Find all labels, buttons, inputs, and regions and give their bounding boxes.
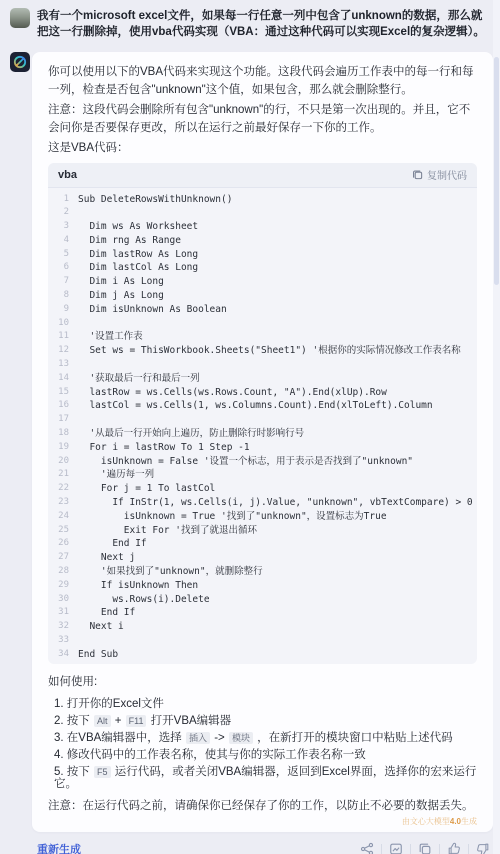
line-number: 13 [53,358,69,372]
attribution-version: 4.0 [450,817,461,826]
assistant-note: 注意：在运行代码之前，请确保你已经保存了你的工作，以防止不必要的数据丢失。 [48,798,477,816]
line-number: 2 [53,206,69,220]
line-number: 7 [53,275,69,289]
inline-code-badge: 插入 [186,732,210,744]
line-code: Dim rng As Range [78,234,181,248]
code-line: 31 End If [48,606,477,620]
line-number: 4 [53,234,69,248]
list-item-text: + [112,715,125,727]
list-item-text: -> [211,732,228,744]
line-code: Dim lastRow As Long [78,248,198,262]
code-line: 16 lastCol = ws.Cells(1, ws.Columns.Coun… [48,399,477,413]
copy-code-label: 复制代码 [427,167,467,182]
code-content: 1Sub DeleteRowsWithUnknown()23 Dim ws As… [48,188,477,664]
copy-response-icon[interactable] [418,842,432,854]
list-item-text: 2. 按下 [54,715,93,727]
attribution-prefix: 由文心大模型 [402,817,450,826]
assistant-card: 你可以使用以下的VBA代码来实现这个功能。这段代码会遍历工作表中的每一行和每一列… [32,52,493,832]
line-code: Sub DeleteRowsWithUnknown() [78,193,232,207]
code-line: 14 '获取最后一行和最后一列 [48,372,477,386]
line-code: End If [78,606,135,620]
code-line: 1Sub DeleteRowsWithUnknown() [48,193,477,207]
code-line: 32 Next i [48,620,477,634]
code-line: 6 Dim lastCol As Long [48,261,477,275]
attribution-suffix: 生成 [461,817,477,826]
code-line: 25 Exit For '找到了就退出循环 [48,524,477,538]
line-code: '如果找到了"unknown"，就删除整行 [78,565,263,579]
code-line: 28 '如果找到了"unknown"，就删除整行 [48,565,477,579]
list-item-text: 1. 打开你的Excel文件 [54,698,164,710]
line-number: 21 [53,468,69,482]
usage-list-item: 2. 按下 Alt + F11 打开VBA编辑器 [54,715,477,727]
line-number: 10 [53,317,69,331]
line-number: 22 [53,482,69,496]
inline-code-badge: 模块 [229,732,253,744]
code-line: 34End Sub [48,648,477,662]
line-number: 12 [53,344,69,358]
list-item-text: 5. 按下 [54,766,93,778]
line-code: '遍历每一列 [78,468,154,482]
code-line: 10 [48,317,477,331]
code-line: 4 Dim rng As Range [48,234,477,248]
line-code: '获取最后一行和最后一列 [78,372,200,386]
code-line: 9 Dim isUnknown As Boolean [48,303,477,317]
line-number: 31 [53,606,69,620]
list-item-text: 打开VBA编辑器 [147,715,231,727]
line-code: Dim ws As Worksheet [78,220,198,234]
code-line: 33 [48,634,477,648]
line-number: 23 [53,496,69,510]
line-number: 8 [53,289,69,303]
list-item-text: 4. 修改代码中的工作表名称，使其与你的实际工作表名称一致 [54,749,366,761]
line-code: Dim j As Long [78,289,164,303]
code-line: 24 isUnknown = True '找到了"unknown"，设置标志为T… [48,510,477,524]
line-code: lastCol = ws.Cells(1, ws.Columns.Count).… [78,399,433,413]
line-number: 33 [53,634,69,648]
line-code: Exit For '找到了就退出循环 [78,524,257,538]
code-line: 13 [48,358,477,372]
line-code: lastRow = ws.Cells(ws.Rows.Count, "A").E… [78,386,387,400]
line-number: 29 [53,579,69,593]
code-line: 15 lastRow = ws.Cells(ws.Rows.Count, "A"… [48,386,477,400]
line-number: 28 [53,565,69,579]
line-code: If isUnknown Then [78,579,198,593]
code-line: 29 If isUnknown Then [48,579,477,593]
line-code: ws.Rows(i).Delete [78,593,210,607]
line-number: 20 [53,455,69,469]
chat-page: 我有一个microsoft excel文件，如果每一行任意一列中包含了unkno… [0,0,500,854]
line-number: 17 [53,413,69,427]
line-number: 34 [53,648,69,662]
export-image-icon[interactable] [389,842,403,854]
scrollbar-track[interactable] [493,0,500,854]
line-code: isUnknown = True '找到了"unknown"，设置标志为True [78,510,387,524]
scrollbar-thumb[interactable] [494,57,499,285]
usage-list-item: 4. 修改代码中的工作表名称，使其与你的实际工作表名称一致 [54,749,477,761]
line-number: 3 [53,220,69,234]
icon-separator [410,844,411,854]
line-code: '从最后一行开始向上遍历，防止删除行时影响行号 [78,427,304,441]
inline-code-badge: Alt [94,715,111,727]
icon-separator [468,844,469,854]
usage-title: 如何使用: [48,674,477,691]
code-line: 21 '遍历每一列 [48,468,477,482]
line-code: isUnknown = False '设置一个标志，用于表示是否找到了"unkn… [78,455,413,469]
line-code: Next j [78,551,135,565]
regenerate-button[interactable]: 重新生成 [37,841,81,854]
assistant-paragraph-3: 这是VBA代码： [48,140,477,158]
list-item-text: ，在新打开的模块窗口中粘贴上述代码 [254,732,453,744]
share-icon[interactable] [360,842,374,854]
assistant-avatar [10,52,30,72]
code-line: 7 Dim i As Long [48,275,477,289]
code-block: vba 复制代码 1Sub DeleteRowsWithUnknown()23 … [48,163,477,664]
thumbs-up-icon[interactable] [447,842,461,854]
code-line: 22 For j = 1 To lastCol [48,482,477,496]
code-line: 8 Dim j As Long [48,289,477,303]
ernie-logo-icon [12,54,28,70]
code-block-header: vba 复制代码 [48,163,477,188]
line-number: 27 [53,551,69,565]
usage-list-item: 3. 在VBA编辑器中，选择 插入 -> 模块 ，在新打开的模块窗口中粘贴上述代… [54,732,477,744]
assistant-paragraph-1: 你可以使用以下的VBA代码来实现这个功能。这段代码会遍历工作表中的每一行和每一列… [48,64,477,99]
line-number: 24 [53,510,69,524]
line-number: 14 [53,372,69,386]
code-line: 12 Set ws = ThisWorkbook.Sheets("Sheet1"… [48,344,477,358]
usage-list: 1. 打开你的Excel文件2. 按下 Alt + F11 打开VBA编辑器3.… [48,698,477,790]
code-line: 17 [48,413,477,427]
model-attribution: 由文心大模型4.0生成 [48,817,477,827]
code-line: 23 If InStr(1, ws.Cells(i, j).Value, "un… [48,496,477,510]
inline-code-badge: F11 [126,715,147,727]
line-number: 1 [53,193,69,207]
code-line: 3 Dim ws As Worksheet [48,220,477,234]
line-code: Set ws = ThisWorkbook.Sheets("Sheet1") '… [78,344,461,358]
line-number: 18 [53,427,69,441]
line-code: End Sub [78,648,118,662]
code-line: 30 ws.Rows(i).Delete [48,593,477,607]
line-code: Next i [78,620,124,634]
assistant-paragraph-2: 注意：这段代码会删除所有包含"unknown"的行，不只是第一次出现的。并且，它… [48,102,477,137]
line-code: Dim lastCol As Long [78,261,198,275]
line-code: For i = lastRow To 1 Step -1 [78,441,250,455]
thumbs-down-icon[interactable] [476,842,490,854]
copy-icon [412,169,423,180]
response-footer: 重新生成 [37,839,490,854]
usage-list-item: 5. 按下 F5 运行代码，或者关闭VBA编辑器，返回到Excel界面，选择你的… [54,766,477,790]
line-code: '设置工作表 [78,330,143,344]
assistant-message: 你可以使用以下的VBA代码来实现这个功能。这段代码会遍历工作表中的每一行和每一列… [0,52,500,832]
line-number: 19 [53,441,69,455]
line-code: Dim i As Long [78,275,164,289]
action-icons [360,842,490,854]
icon-separator [381,844,382,854]
user-message: 我有一个microsoft excel文件，如果每一行任意一列中包含了unkno… [0,0,500,40]
usage-list-item: 1. 打开你的Excel文件 [54,698,477,710]
line-number: 11 [53,330,69,344]
line-code: For j = 1 To lastCol [78,482,215,496]
code-line: 18 '从最后一行开始向上遍历，防止删除行时影响行号 [48,427,477,441]
line-number: 9 [53,303,69,317]
line-number: 26 [53,537,69,551]
line-number: 25 [53,524,69,538]
line-code: Dim isUnknown As Boolean [78,303,227,317]
code-line: 11 '设置工作表 [48,330,477,344]
line-number: 15 [53,386,69,400]
line-number: 16 [53,399,69,413]
code-line: 20 isUnknown = False '设置一个标志，用于表示是否找到了"u… [48,455,477,469]
icon-separator [439,844,440,854]
line-number: 32 [53,620,69,634]
code-line: 26 End If [48,537,477,551]
list-item-text: 运行代码，或者关闭VBA编辑器，返回到Excel界面，选择你的宏来运行它。 [54,766,476,790]
line-code: If InStr(1, ws.Cells(i, j).Value, "unkno… [78,496,477,510]
user-avatar [10,8,30,28]
code-language-label: vba [58,169,77,181]
line-number: 5 [53,248,69,262]
line-number: 30 [53,593,69,607]
line-code: End If [78,537,147,551]
code-line: 5 Dim lastRow As Long [48,248,477,262]
line-number: 6 [53,261,69,275]
code-line: 19 For i = lastRow To 1 Step -1 [48,441,477,455]
code-line: 27 Next j [48,551,477,565]
copy-code-button[interactable]: 复制代码 [412,167,467,182]
code-line: 2 [48,206,477,220]
user-message-text: 我有一个microsoft excel文件，如果每一行任意一列中包含了unkno… [37,8,490,40]
inline-code-badge: F5 [94,766,111,778]
list-item-text: 3. 在VBA编辑器中，选择 [54,732,185,744]
